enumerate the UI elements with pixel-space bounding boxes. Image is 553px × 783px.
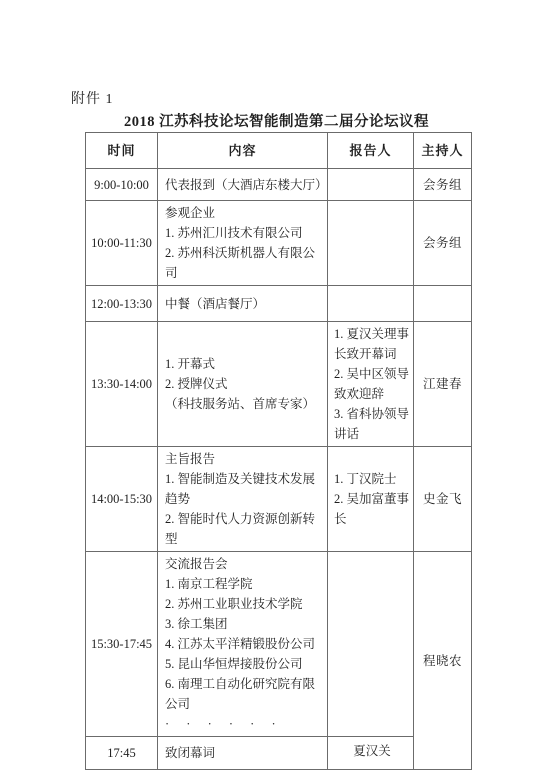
header-host: 主持人 [414, 133, 472, 169]
table-row: 14:00-15:30 主旨报告 1. 智能制造及关键技术发展趋势 2. 智能时… [86, 447, 472, 552]
host-cell [414, 286, 472, 322]
content-cell: 主旨报告 1. 智能制造及关键技术发展趋势 2. 智能时代人力资源创新转型 [158, 447, 328, 552]
table-row: 9:00-10:00 代表报到（大酒店东楼大厅） 会务组 [86, 169, 472, 201]
content-line: 参观企业 [165, 203, 324, 223]
content-line: （科技服务站、首席专家） [165, 394, 324, 414]
table-row: 13:30-14:00 1. 开幕式 2. 授牌仪式 （科技服务站、首席专家） … [86, 322, 472, 447]
content-line: 致闭幕词 [165, 743, 324, 763]
header-time: 时间 [86, 133, 158, 169]
header-content: 内容 [158, 133, 328, 169]
time-cell: 9:00-10:00 [86, 169, 158, 201]
reporter-line: 1. 夏汉关理事长致开幕词 [334, 324, 410, 364]
reporter-cell [328, 169, 414, 201]
document-page: 附件 1 2018 江苏科技论坛智能制造第二届分论坛议程 时间 内容 报告人 主… [0, 0, 553, 783]
content-cell: 致闭幕词 [158, 737, 328, 770]
time-cell: 17:45 [86, 737, 158, 770]
reporter-cell [328, 286, 414, 322]
content-cell: 参观企业 1. 苏州汇川技术有限公司 2. 苏州科沃斯机器人有限公司 [158, 201, 328, 286]
reporter-cell [328, 201, 414, 286]
table-row: 10:00-11:30 参观企业 1. 苏州汇川技术有限公司 2. 苏州科沃斯机… [86, 201, 472, 286]
time-cell: 13:30-14:00 [86, 322, 158, 447]
reporter-line: 2. 吴加富董事长 [334, 489, 410, 529]
host-cell: 江建春 [414, 322, 472, 447]
host-cell: 程晓农 [414, 552, 472, 770]
table-row: 15:30-17:45 交流报告会 1. 南京工程学院 2. 苏州工业职业技术学… [86, 552, 472, 737]
time-cell: 14:00-15:30 [86, 447, 158, 552]
table-row: 12:00-13:30 中餐（酒店餐厅） [86, 286, 472, 322]
header-reporter: 报告人 [328, 133, 414, 169]
ellipsis-line: · · · · · · [165, 714, 324, 734]
content-cell: 代表报到（大酒店东楼大厅） [158, 169, 328, 201]
reporter-line: 1. 丁汉院士 [334, 469, 410, 489]
reporter-line: 2. 吴中区领导致欢迎辞 [334, 364, 410, 404]
host-cell: 会务组 [414, 201, 472, 286]
time-cell: 12:00-13:30 [86, 286, 158, 322]
content-line: 5. 昆山华恒焊接股份公司 [165, 654, 324, 674]
content-line: 3. 徐工集团 [165, 614, 324, 634]
reporter-cell [328, 552, 414, 737]
content-line: 交流报告会 [165, 554, 324, 574]
content-cell: 1. 开幕式 2. 授牌仪式 （科技服务站、首席专家） [158, 322, 328, 447]
content-line: 2. 智能时代人力资源创新转型 [165, 509, 324, 549]
host-cell: 会务组 [414, 169, 472, 201]
time-cell: 10:00-11:30 [86, 201, 158, 286]
content-line: 1. 南京工程学院 [165, 574, 324, 594]
reporter-line: 夏汉关 [334, 741, 410, 761]
reporter-cell: 夏汉关 [328, 737, 414, 770]
content-line: 1. 苏州汇川技术有限公司 [165, 223, 324, 243]
content-line: 6. 南理工自动化研究院有限公司 [165, 674, 324, 714]
agenda-table: 时间 内容 报告人 主持人 9:00-10:00 代表报到（大酒店东楼大厅） 会… [85, 132, 472, 770]
content-line: 1. 智能制造及关键技术发展趋势 [165, 469, 324, 509]
content-line: 4. 江苏太平洋精锻股份公司 [165, 634, 324, 654]
attachment-label: 附件 1 [71, 88, 114, 108]
table-header-row: 时间 内容 报告人 主持人 [86, 133, 472, 169]
content-cell: 交流报告会 1. 南京工程学院 2. 苏州工业职业技术学院 3. 徐工集团 4.… [158, 552, 328, 737]
content-line: 主旨报告 [165, 449, 324, 469]
reporter-line: 3. 省科协领导讲话 [334, 404, 410, 444]
content-line: 代表报到（大酒店东楼大厅） [165, 175, 324, 195]
page-title: 2018 江苏科技论坛智能制造第二届分论坛议程 [0, 110, 553, 131]
content-cell: 中餐（酒店餐厅） [158, 286, 328, 322]
host-cell: 史金飞 [414, 447, 472, 552]
time-cell: 15:30-17:45 [86, 552, 158, 737]
reporter-cell: 1. 夏汉关理事长致开幕词 2. 吴中区领导致欢迎辞 3. 省科协领导讲话 [328, 322, 414, 447]
content-line: 2. 苏州工业职业技术学院 [165, 594, 324, 614]
content-line: 中餐（酒店餐厅） [165, 294, 324, 314]
content-line: 1. 开幕式 [165, 354, 324, 374]
content-line: 2. 苏州科沃斯机器人有限公司 [165, 243, 324, 283]
reporter-cell: 1. 丁汉院士 2. 吴加富董事长 [328, 447, 414, 552]
content-line: 2. 授牌仪式 [165, 374, 324, 394]
